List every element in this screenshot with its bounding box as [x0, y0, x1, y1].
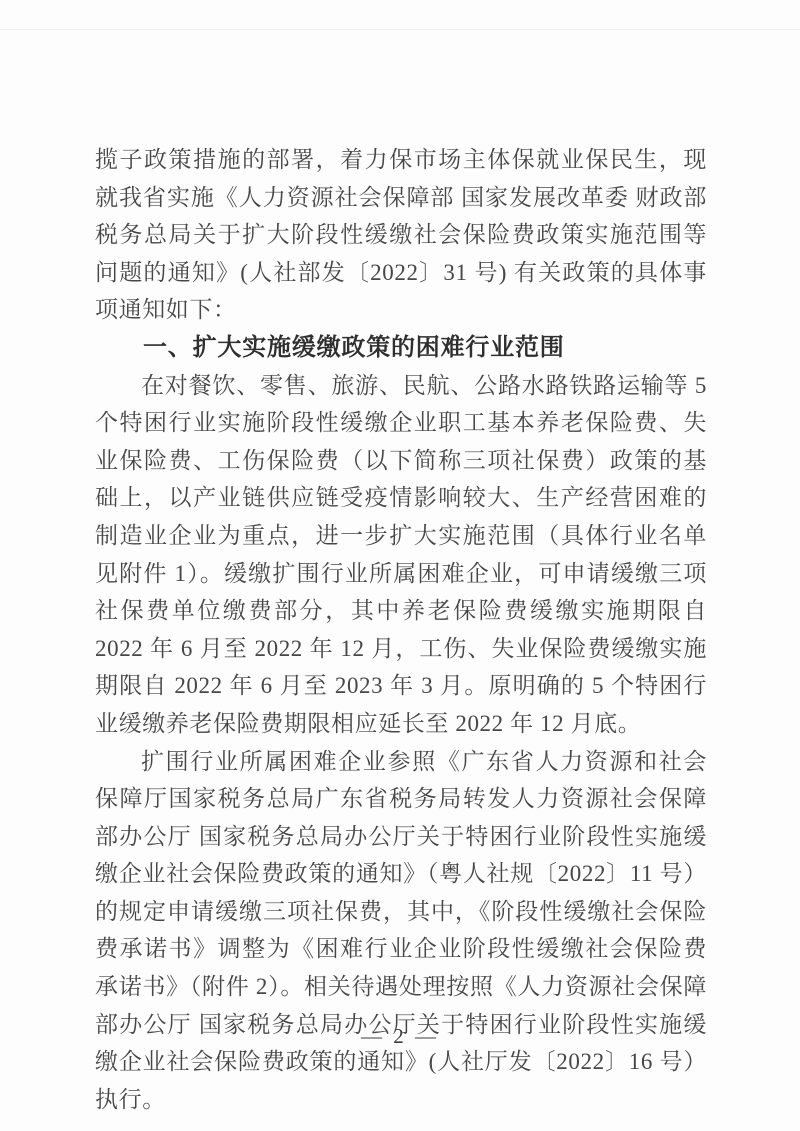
paragraph-deferral-scope: 在对餐饮、零售、旅游、民航、公路水路铁路运输等 5 个特困行业实施阶段性缓缴企业… [95, 367, 707, 743]
scan-artifact-line [0, 29, 800, 30]
document-body: 揽子政策措施的部署，着力保市场主体保就业保民生，现就我省实施《人力资源社会保障部… [95, 141, 707, 1118]
paragraph-application-procedure: 扩围行业所属困难企业参照《广东省人力资源和社会保障厅国家税务总局广东省税务局转发… [95, 743, 707, 1119]
page-footer: — 2 — [0, 1024, 800, 1049]
section-1-heading: 一、扩大实施缓缴政策的困难行业范围 [95, 329, 707, 367]
page-number: — 2 — [361, 1024, 439, 1048]
scanned-document-page: 揽子政策措施的部署，着力保市场主体保就业保民生，现就我省实施《人力资源社会保障部… [0, 0, 800, 1131]
paragraph-intro-continuation: 揽子政策措施的部署，着力保市场主体保就业保民生，现就我省实施《人力资源社会保障部… [95, 141, 707, 329]
